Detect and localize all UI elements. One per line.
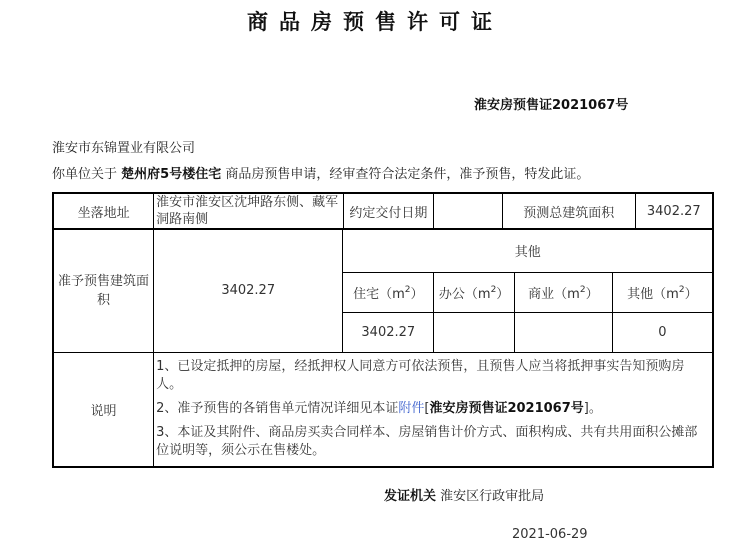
commercial-value (515, 313, 613, 353)
note-3: 3、本证及其附件、商品房买卖合同样本、房屋销售计价方式、面积构成、共有共用面积公… (156, 424, 710, 460)
intro-prefix: 你单位关于 (52, 167, 117, 182)
company-name: 淮安市东锦置业有限公司 (52, 137, 195, 156)
attachment-link[interactable]: 附件 (398, 401, 424, 416)
notes-label: 说明 (53, 353, 154, 467)
info-table-top: 坐落地址 淮安市淮安区沈坤路东侧、藏军洞路南侧 约定交付日期 预测总建筑面积 3… (52, 192, 714, 230)
note-2: 2、准予预售的各销售单元情况详细见本证附件[淮安房预售证2021067号]。 (156, 400, 710, 418)
office-header: 办公（m2） (434, 273, 515, 313)
intro-text: 你单位关于 楚州府5号楼住宅 商品房预售申请，经审查符合法定条件，准予预售，特发… (52, 163, 589, 182)
office-value (434, 313, 515, 353)
certificate-number: 淮安房预售证2021067号 (474, 94, 628, 113)
project-name: 楚州府5号楼住宅 (121, 167, 221, 182)
intro-suffix: 商品房预售申请，经审查符合法定条件，准予预售，特发此证。 (225, 167, 589, 182)
page-title: 商品房预售许可证 (0, 6, 750, 36)
location-value: 淮安市淮安区沈坤路东侧、藏军洞路南侧 (154, 193, 343, 229)
approved-area-value: 3402.27 (154, 229, 343, 353)
commercial-header: 商业（m2） (515, 273, 613, 313)
delivery-date-value (434, 193, 503, 229)
issuer-value: 淮安区行政审批局 (440, 489, 544, 504)
total-area-label: 预测总建筑面积 (503, 193, 636, 229)
note-1: 1、已设定抵押的房屋，经抵押权人同意方可依法预售，且预售人应当将抵押事实告知预购… (156, 358, 710, 394)
residential-header: 住宅（m2） (343, 273, 434, 313)
other-area-header: 其他（m2） (612, 273, 713, 313)
residential-value: 3402.27 (343, 313, 434, 353)
notes-content: 1、已设定抵押的房屋，经抵押权人同意方可依法预售，且预售人应当将抵押事实告知预购… (154, 353, 713, 467)
attachment-ref: 淮安房预售证2021067号 (429, 401, 583, 416)
location-label: 坐落地址 (53, 193, 154, 229)
total-area-value: 3402.27 (635, 193, 713, 229)
approved-area-label: 准予预售建筑面积 (53, 229, 154, 353)
info-table-main: 准予预售建筑面积 3402.27 其他 住宅（m2） 办公（m2） 商业（m2）… (52, 228, 714, 468)
delivery-date-label: 约定交付日期 (343, 193, 434, 229)
other-area-value: 0 (612, 313, 713, 353)
other-header: 其他 (343, 229, 713, 273)
issuer-label: 发证机关 (384, 489, 436, 504)
issue-date: 2021-06-29 (512, 527, 588, 542)
issuing-authority: 发证机关 淮安区行政审批局 (384, 485, 544, 504)
